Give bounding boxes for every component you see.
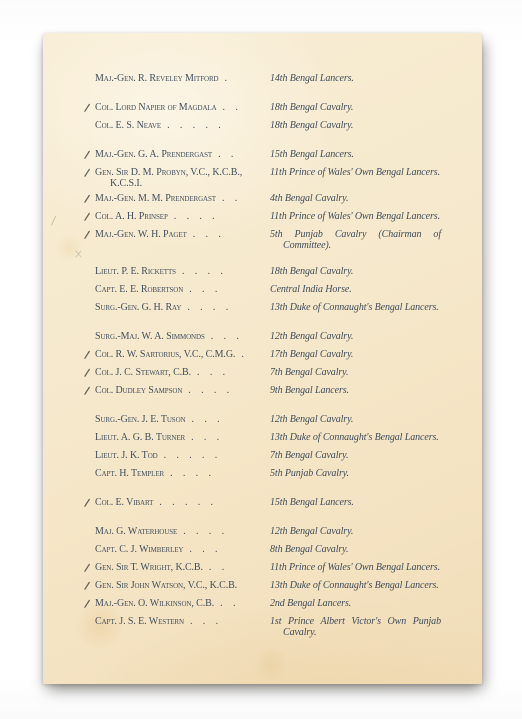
pencil-tick-icon	[83, 149, 95, 163]
regiment-name: 5th Punjab Cavalry (Chairman of Committe…	[270, 229, 441, 251]
regiment-name: 18th Bengal Cavalry.	[270, 120, 441, 131]
officer-row: Lieut. P. E. Ricketts. . . .18th Bengal …	[83, 266, 441, 280]
officer-row: Col. R. W. Sartorius, V.C., C.M.G..17th …	[83, 349, 441, 363]
pencil-tick-icon	[83, 385, 95, 399]
dot-leader: . . . .	[188, 385, 229, 396]
dot-leader: . . . .	[174, 211, 215, 222]
dot-leader: . . . .	[170, 468, 211, 479]
officer-name-cell: Col. E. Vibart. . . . .	[95, 497, 258, 508]
regiment-name: 15th Bengal Lancers.	[270, 149, 441, 160]
officer-name: Capt. J. S. E. Western	[95, 616, 184, 627]
pencil-tick-icon	[83, 367, 95, 381]
officer-name: Capt. E. E. Robertson	[95, 284, 183, 295]
regiment-name: 12th Bengal Cavalry.	[270, 526, 441, 537]
officer-name-cell: Col. Lord Napier of Magdala. .	[95, 102, 258, 113]
officer-row: Gen. Sir John Watson, V.C., K.C.B.13th D…	[83, 580, 441, 594]
officer-name: Maj.-Gen. O. Wilkinson, C.B.	[95, 598, 214, 609]
officer-name: Gen. Sir D. M. Probyn, V.C., K.C.B.,	[95, 167, 242, 178]
officer-row: Capt. E. E. Robertson. . .Central India …	[83, 284, 441, 298]
officer-name: Lieut. J. K. Tod	[95, 450, 158, 461]
officer-name-cell: Lieut. J. K. Tod. . . . .	[95, 450, 258, 461]
dot-leader: .	[241, 349, 243, 360]
officer-name-cell: Maj.-Gen. O. Wilkinson, C.B.. .	[95, 598, 258, 609]
officer-row: Maj.-Gen. R. Reveley Mitford.14th Bengal…	[83, 73, 441, 87]
regiment-name: 8th Bengal Cavalry.	[270, 544, 441, 555]
officer-name-cell: Gen. Sir T. Wright, K.C.B.. .	[95, 562, 258, 573]
pencil-tick-icon	[83, 193, 95, 207]
regiment-name: 7th Bengal Cavalry.	[270, 367, 441, 378]
dot-leader: . .	[220, 598, 235, 609]
officer-row: Maj.-Gen. W. H. Paget. . .5th Punjab Cav…	[83, 229, 441, 251]
entry-group: Col. Lord Napier of Magdala. .18th Benga…	[83, 102, 441, 134]
regiment-name: 18th Bengal Cavalry.	[270, 266, 441, 277]
officer-name-cell: Col. E. S. Neave. . . . .	[95, 120, 258, 131]
officer-name-cell: Lieut. A. G. B. Turner. . .	[95, 432, 258, 443]
entry-group: Maj.-Gen. R. Reveley Mitford.14th Bengal…	[83, 73, 441, 87]
regiment-name: 11th Prince of Wales' Own Bengal Lancers…	[270, 211, 441, 222]
officer-name: Gen. Sir T. Wright, K.C.B.	[95, 562, 203, 573]
regiment-name: 11th Prince of Wales' Own Bengal Lancers…	[270, 562, 441, 573]
regiment-name: 9th Bengal Lancers.	[270, 385, 441, 396]
officer-name-cell: Col. A. H. Prinsep. . . .	[95, 211, 258, 222]
dot-leader: . . . .	[187, 302, 228, 313]
officer-name-cell: Gen. Sir John Watson, V.C., K.C.B.	[95, 580, 258, 591]
dot-leader: . . .	[193, 229, 221, 240]
officer-name: Col. Lord Napier of Magdala	[95, 102, 217, 113]
officer-name: Col. A. H. Prinsep	[95, 211, 168, 222]
officer-name-cell: Capt. E. E. Robertson. . .	[95, 284, 258, 295]
dot-leader: . . .	[190, 616, 218, 627]
officer-name-cell: Surg.-Gen. J. E. Tuson. . .	[95, 414, 258, 425]
officer-row: Col. A. H. Prinsep. . . .11th Prince of …	[83, 211, 441, 225]
officer-name: Lieut. P. E. Ricketts	[95, 266, 176, 277]
officer-name: Maj. G. Waterhouse	[95, 526, 177, 537]
dot-leader: . . .	[189, 544, 217, 555]
officer-name-cell: Capt. J. S. E. Western. . .	[95, 616, 258, 627]
pencil-tick-icon	[83, 229, 95, 243]
pencil-tick-icon	[83, 167, 95, 181]
regiment-name: 4th Bengal Cavalry.	[270, 193, 441, 204]
officer-row: Gen. Sir D. M. Probyn, V.C., K.C.B.,K.C.…	[83, 167, 441, 189]
officer-name-cell: Gen. Sir D. M. Probyn, V.C., K.C.B.,K.C.…	[95, 167, 258, 189]
dot-leader: . . . .	[183, 526, 224, 537]
officer-name-cell: Surg.-Gen. G. H. Ray. . . .	[95, 302, 258, 313]
officer-name-cell: Maj.-Gen. M. M. Prendergast. .	[95, 193, 258, 204]
officer-name-cell: Surg.-Maj. W. A. Simmonds. . .	[95, 331, 258, 342]
regiment-name: 14th Bengal Lancers.	[270, 73, 441, 84]
officer-regiment-list: Maj.-Gen. R. Reveley Mitford.14th Bengal…	[83, 73, 441, 642]
scanned-page-backdrop: Maj.-Gen. R. Reveley Mitford.14th Bengal…	[0, 0, 522, 719]
officer-name-cell: Lieut. P. E. Ricketts. . . .	[95, 266, 258, 277]
entry-group: Lieut. P. E. Ricketts. . . .18th Bengal …	[83, 266, 441, 316]
pencil-tick-icon	[83, 497, 95, 511]
dot-leader: . . .	[197, 367, 225, 378]
officer-name-cell: Col. R. W. Sartorius, V.C., C.M.G..	[95, 349, 258, 360]
regiment-name: 7th Bengal Cavalry.	[270, 450, 441, 461]
officer-row: Maj.-Gen. O. Wilkinson, C.B.. .2nd Benga…	[83, 598, 441, 612]
officer-name: Col. E. Vibart	[95, 497, 153, 508]
officer-row: Maj. G. Waterhouse. . . .12th Bengal Cav…	[83, 526, 441, 540]
regiment-name: 15th Bengal Lancers.	[270, 497, 441, 508]
officer-name: Lieut. A. G. B. Turner	[95, 432, 185, 443]
regiment-name: Central India Horse.	[270, 284, 441, 295]
officer-row: Lieut. J. K. Tod. . . . .7th Bengal Cava…	[83, 450, 441, 464]
officer-row: Maj.-Gen. M. M. Prendergast. .4th Bengal…	[83, 193, 441, 207]
officer-row: Col. Lord Napier of Magdala. .18th Benga…	[83, 102, 441, 116]
regiment-name: 12th Bengal Cavalry.	[270, 414, 441, 425]
officer-name: Surg.-Maj. W. A. Simmonds	[95, 331, 205, 342]
dot-leader: . . . . .	[159, 497, 213, 508]
book-page: Maj.-Gen. R. Reveley Mitford.14th Bengal…	[43, 33, 482, 684]
dot-leader: . . .	[192, 414, 220, 425]
entry-group: Maj.-Gen. G. A. Prendergast. .15th Benga…	[83, 149, 441, 251]
dot-leader: .	[224, 73, 226, 84]
dot-leader: . .	[222, 193, 237, 204]
regiment-name: 11th Prince of Wales' Own Bengal Lancers…	[270, 167, 441, 178]
pencil-margin-mark-icon	[49, 215, 58, 227]
officer-name-cell: Capt. H. Templer. . . .	[95, 468, 258, 479]
pencil-tick-icon	[83, 562, 95, 576]
officer-row: Surg.-Gen. G. H. Ray. . . .13th Duke of …	[83, 302, 441, 316]
officer-name: Maj.-Gen. G. A. Prendergast	[95, 149, 212, 160]
dot-leader: . . . . .	[164, 450, 218, 461]
pencil-tick-icon	[83, 580, 95, 594]
regiment-name: 13th Duke of Connaught's Bengal Lancers.	[270, 432, 441, 443]
officer-row: Col. J. C. Stewart, C.B.. . .7th Bengal …	[83, 367, 441, 381]
entry-group: Surg.-Maj. W. A. Simmonds. . .12th Benga…	[83, 331, 441, 399]
officer-name-cell: Maj.-Gen. W. H. Paget. . .	[95, 229, 258, 240]
dot-leader: . .	[218, 149, 233, 160]
officer-name: Col. E. S. Neave	[95, 120, 161, 131]
officer-row: Gen. Sir T. Wright, K.C.B.. .11th Prince…	[83, 562, 441, 576]
dot-leader: . . . .	[182, 266, 223, 277]
officer-name: Capt. C. J. Wimberley	[95, 544, 183, 555]
officer-name: Maj.-Gen. M. M. Prendergast	[95, 193, 216, 204]
pencil-tick-icon	[83, 598, 95, 612]
dot-leader: . . .	[189, 284, 217, 295]
dot-leader: . .	[223, 102, 238, 113]
officer-row: Capt. C. J. Wimberley. . .8th Bengal Cav…	[83, 544, 441, 558]
pencil-tick-icon	[83, 102, 95, 116]
dot-leader: . . .	[191, 432, 219, 443]
officer-name: Gen. Sir John Watson, V.C., K.C.B.	[95, 580, 237, 591]
officer-name-cell: Col. Dudley Sampson. . . .	[95, 385, 258, 396]
officer-name: Maj.-Gen. R. Reveley Mitford	[95, 73, 218, 84]
regiment-name: 18th Bengal Cavalry.	[270, 102, 441, 113]
officer-name-line2: K.C.S.I.	[95, 178, 258, 189]
regiment-name: 12th Bengal Cavalry.	[270, 331, 441, 342]
officer-name-cell: Maj.-Gen. R. Reveley Mitford.	[95, 73, 258, 84]
officer-name: Surg.-Gen. J. E. Tuson	[95, 414, 186, 425]
regiment-name: 5th Punjab Cavalry.	[270, 468, 441, 479]
pencil-tick-icon	[83, 211, 95, 225]
officer-row: Surg.-Maj. W. A. Simmonds. . .12th Benga…	[83, 331, 441, 345]
officer-row: Maj.-Gen. G. A. Prendergast. .15th Benga…	[83, 149, 441, 163]
regiment-name: 17th Bengal Cavalry.	[270, 349, 441, 360]
dot-leader: . . .	[211, 331, 239, 342]
pencil-tick-icon	[83, 349, 95, 363]
pencil-margin-mark-icon	[74, 249, 83, 259]
regiment-name: 13th Duke of Connaught's Bengal Lancers.	[270, 580, 441, 591]
officer-row: Col. E. Vibart. . . . .15th Bengal Lance…	[83, 497, 441, 511]
officer-name-cell: Col. J. C. Stewart, C.B.. . .	[95, 367, 258, 378]
entry-group: Surg.-Gen. J. E. Tuson. . .12th Bengal C…	[83, 414, 441, 482]
officer-name-cell: Maj.-Gen. G. A. Prendergast. .	[95, 149, 258, 160]
officer-name: Col. Dudley Sampson	[95, 385, 182, 396]
regiment-name: 13th Duke of Connaught's Bengal Lancers.	[270, 302, 441, 313]
officer-name: Col. J. C. Stewart, C.B.	[95, 367, 191, 378]
officer-name: Capt. H. Templer	[95, 468, 164, 479]
dot-leader: . . . . .	[167, 120, 221, 131]
dot-leader: . .	[209, 562, 224, 573]
officer-row: Lieut. A. G. B. Turner. . .13th Duke of …	[83, 432, 441, 446]
officer-row: Surg.-Gen. J. E. Tuson. . .12th Bengal C…	[83, 414, 441, 428]
officer-row: Col. Dudley Sampson. . . .9th Bengal Lan…	[83, 385, 441, 399]
officer-row: Capt. H. Templer. . . .5th Punjab Cavalr…	[83, 468, 441, 482]
officer-name: Surg.-Gen. G. H. Ray	[95, 302, 181, 313]
officer-row: Col. E. S. Neave. . . . .18th Bengal Cav…	[83, 120, 441, 134]
entry-group: Maj. G. Waterhouse. . . .12th Bengal Cav…	[83, 526, 441, 638]
regiment-name: 1st Prince Albert Victor's Own Punjab Ca…	[270, 616, 441, 638]
officer-row: Capt. J. S. E. Western. . .1st Prince Al…	[83, 616, 441, 638]
officer-name: Col. R. W. Sartorius, V.C., C.M.G.	[95, 349, 235, 360]
officer-name: Maj.-Gen. W. H. Paget	[95, 229, 187, 240]
entry-group: Col. E. Vibart. . . . .15th Bengal Lance…	[83, 497, 441, 511]
officer-name-cell: Capt. C. J. Wimberley. . .	[95, 544, 258, 555]
officer-name-cell: Maj. G. Waterhouse. . . .	[95, 526, 258, 537]
regiment-name: 2nd Bengal Lancers.	[270, 598, 441, 609]
